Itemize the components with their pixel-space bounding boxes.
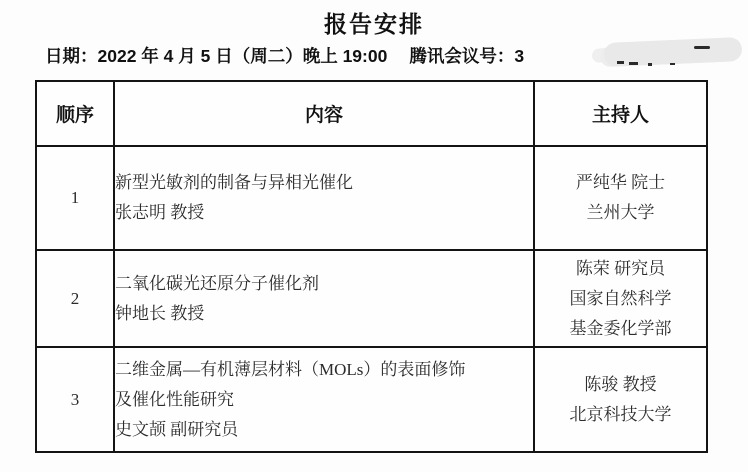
host-affiliation: 国家自然科学 xyxy=(535,284,706,314)
host-info: 陈荣 研究员 国家自然科学 基金委化学部 xyxy=(534,250,707,347)
column-header-host: 主持人 xyxy=(534,81,707,146)
meeting-label: 腾讯会议号： xyxy=(409,46,514,66)
column-header-content: 内容 xyxy=(114,81,534,146)
table-row: 3 二维金属—有机薄层材料（MOLs）的表面修饰 及催化性能研究 史文颉 副研究… xyxy=(36,347,707,452)
host-affiliation: 基金委化学部 xyxy=(535,314,706,344)
speaker-name: 史文颉 副研究员 xyxy=(115,415,533,445)
host-name: 陈骏 教授 xyxy=(535,370,706,400)
talk-title: 二氧化碳光还原分子催化剂 xyxy=(115,269,533,299)
speaker-name: 张志明 教授 xyxy=(115,198,533,228)
schedule-table: 顺序 内容 主持人 1 新型光敏剂的制备与异相光催化 张志明 教授 严纯华 院士… xyxy=(35,80,708,453)
date-text: 日期：2022 年 4 月 5 日（周二）晚上 19:00 xyxy=(45,46,387,66)
talk-content: 二氧化碳光还原分子催化剂 钟地长 教授 xyxy=(114,250,534,347)
digit-remnant xyxy=(629,62,638,65)
order-number: 1 xyxy=(36,146,114,250)
host-affiliation: 北京科技大学 xyxy=(535,400,706,430)
table-row: 2 二氧化碳光还原分子催化剂 钟地长 教授 陈荣 研究员 国家自然科学 基金委化… xyxy=(36,250,707,347)
table-row: 1 新型光敏剂的制备与异相光催化 张志明 教授 严纯华 院士 兰州大学 xyxy=(36,146,707,250)
talk-title: 及催化性能研究 xyxy=(115,385,533,415)
host-info: 严纯华 院士 兰州大学 xyxy=(534,146,707,250)
order-number: 2 xyxy=(36,250,114,347)
page-title: 报告安排 xyxy=(0,6,748,39)
schedule-document: 报告安排 日期：2022 年 4 月 5 日（周二）晚上 19:00腾讯会议号：… xyxy=(0,0,748,472)
digit-remnant xyxy=(670,63,675,65)
meeting-number-partial: 3 xyxy=(514,46,524,67)
host-info: 陈骏 教授 北京科技大学 xyxy=(534,347,707,452)
host-name: 陈荣 研究员 xyxy=(535,254,706,284)
table-header-row: 顺序 内容 主持人 xyxy=(36,81,707,146)
host-affiliation: 兰州大学 xyxy=(535,198,706,228)
talk-content: 二维金属—有机薄层材料（MOLs）的表面修饰 及催化性能研究 史文颉 副研究员 xyxy=(114,347,534,452)
talk-title: 二维金属—有机薄层材料（MOLs）的表面修饰 xyxy=(115,355,533,385)
order-number: 3 xyxy=(36,347,114,452)
digit-remnant xyxy=(694,46,710,49)
talk-title: 新型光敏剂的制备与异相光催化 xyxy=(115,168,533,198)
talk-content: 新型光敏剂的制备与异相光催化 张志明 教授 xyxy=(114,146,534,250)
digit-remnant xyxy=(617,61,624,64)
date-meeting-line: 日期：2022 年 4 月 5 日（周二）晚上 19:00腾讯会议号：3 xyxy=(45,43,524,68)
host-name: 严纯华 院士 xyxy=(535,168,706,198)
digit-remnant xyxy=(648,63,652,66)
speaker-name: 钟地长 教授 xyxy=(115,299,533,329)
column-header-order: 顺序 xyxy=(36,81,114,146)
